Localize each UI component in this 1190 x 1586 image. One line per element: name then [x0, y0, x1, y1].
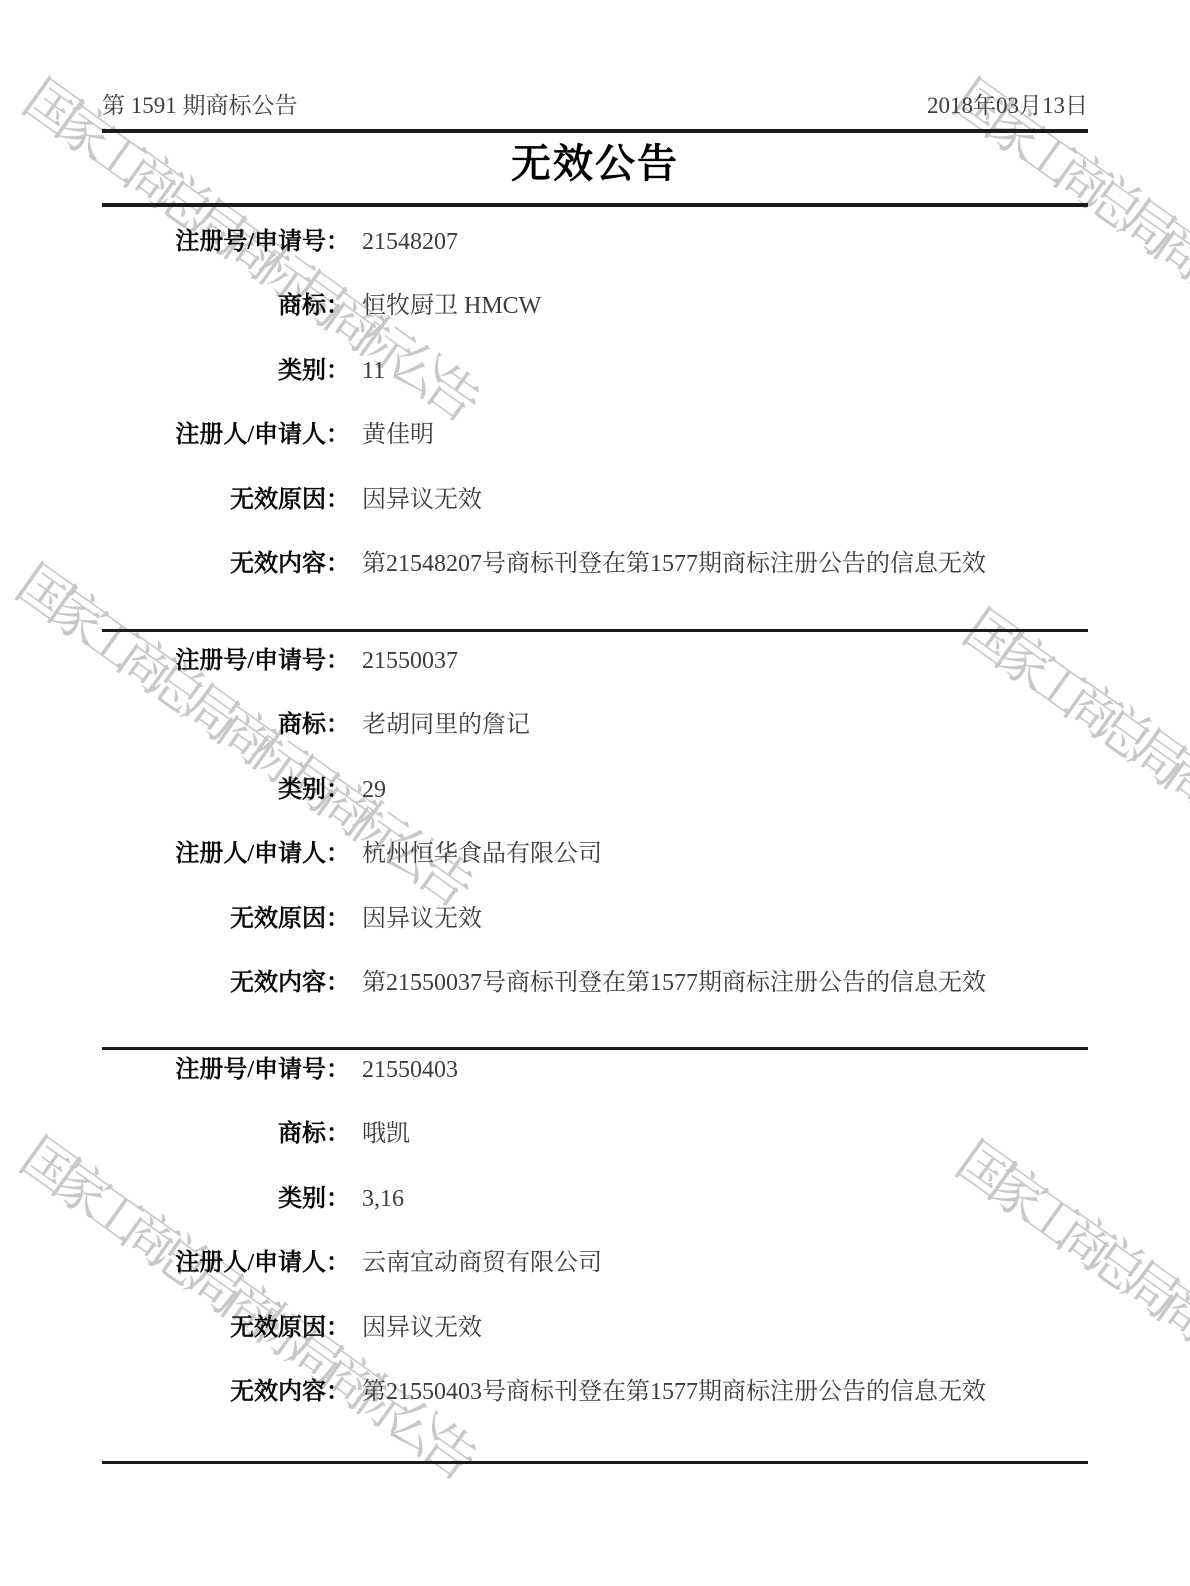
field-label: 商标：	[102, 1116, 350, 1152]
field-value: 21550037	[362, 643, 458, 679]
field-label: 注册号/申请号：	[102, 224, 350, 260]
field-row: 注册人/申请人： 杭州恒华食品有限公司	[102, 836, 1088, 872]
field-label: 无效原因：	[102, 482, 350, 518]
field-value: 老胡同里的詹记	[362, 707, 530, 743]
field-label: 类别：	[102, 772, 350, 808]
field-row: 无效原因： 因异议无效	[102, 482, 1088, 518]
field-row: 无效原因： 因异议无效	[102, 901, 1088, 937]
page-title: 无效公告	[102, 141, 1088, 187]
field-label: 注册号/申请号：	[102, 1052, 350, 1088]
field-label: 无效原因：	[102, 901, 350, 937]
title-rule	[102, 203, 1088, 207]
field-value: 第21550403号商标刊登在第1577期商标注册公告的信息无效	[362, 1374, 986, 1410]
field-value: 杭州恒华食品有限公司	[362, 836, 602, 872]
document-content: 第 1591 期商标公告 2018年03月13日 无效公告 注册号/申请号： 2…	[0, 0, 1190, 1586]
issue-number: 第 1591 期商标公告	[102, 92, 298, 120]
record-separator	[102, 1047, 1088, 1050]
field-row: 商标： 恒牧厨卫 HMCW	[102, 288, 1088, 324]
field-value: 第21548207号商标刊登在第1577期商标注册公告的信息无效	[362, 546, 986, 582]
field-value: 恒牧厨卫 HMCW	[362, 288, 541, 324]
field-row: 商标： 哦凯	[102, 1116, 1088, 1152]
gazette-page: 国家工商总局商标局商标公告 国家工商总局商标局商标公告 国家工商总局商标局商标公…	[0, 0, 1190, 1586]
field-label: 类别：	[102, 1181, 350, 1217]
field-value: 因异议无效	[362, 901, 482, 937]
field-row: 注册号/申请号： 21550037	[102, 643, 1088, 679]
field-label: 注册人/申请人：	[102, 836, 350, 872]
field-value: 黄佳明	[362, 417, 434, 453]
field-label: 无效内容：	[102, 546, 350, 582]
field-row: 注册人/申请人： 云南宜动商贸有限公司	[102, 1245, 1088, 1281]
page-header: 第 1591 期商标公告 2018年03月13日	[102, 92, 1088, 120]
field-value: 29	[362, 772, 386, 808]
field-value: 第21550037号商标刊登在第1577期商标注册公告的信息无效	[362, 965, 986, 1001]
field-row: 类别： 29	[102, 772, 1088, 808]
field-row: 无效原因： 因异议无效	[102, 1310, 1088, 1346]
field-value: 21548207	[362, 224, 458, 260]
record-separator	[102, 1461, 1088, 1464]
field-row: 注册号/申请号： 21548207	[102, 224, 1088, 260]
field-value: 因异议无效	[362, 482, 482, 518]
field-row: 类别： 11	[102, 353, 1088, 389]
field-value: 云南宜动商贸有限公司	[362, 1245, 602, 1281]
field-value: 因异议无效	[362, 1310, 482, 1346]
field-value: 哦凯	[362, 1116, 410, 1152]
field-row: 注册号/申请号： 21550403	[102, 1052, 1088, 1088]
field-row: 无效内容： 第21550037号商标刊登在第1577期商标注册公告的信息无效	[102, 965, 1088, 1001]
header-rule	[102, 129, 1088, 133]
field-label: 商标：	[102, 707, 350, 743]
field-label: 无效原因：	[102, 1310, 350, 1346]
field-label: 商标：	[102, 288, 350, 324]
record-separator	[102, 629, 1088, 632]
field-label: 注册人/申请人：	[102, 417, 350, 453]
field-label: 注册号/申请号：	[102, 643, 350, 679]
field-value: 11	[362, 353, 385, 389]
field-row: 无效内容： 第21548207号商标刊登在第1577期商标注册公告的信息无效	[102, 546, 1088, 582]
publication-date: 2018年03月13日	[927, 92, 1088, 120]
field-label: 无效内容：	[102, 1374, 350, 1410]
field-label: 无效内容：	[102, 965, 350, 1001]
field-label: 注册人/申请人：	[102, 1245, 350, 1281]
field-row: 注册人/申请人： 黄佳明	[102, 417, 1088, 453]
field-row: 类别： 3,16	[102, 1181, 1088, 1217]
field-value: 21550403	[362, 1052, 458, 1088]
field-row: 商标： 老胡同里的詹记	[102, 707, 1088, 743]
field-row: 无效内容： 第21550403号商标刊登在第1577期商标注册公告的信息无效	[102, 1374, 1088, 1410]
field-label: 类别：	[102, 353, 350, 389]
field-value: 3,16	[362, 1181, 404, 1217]
